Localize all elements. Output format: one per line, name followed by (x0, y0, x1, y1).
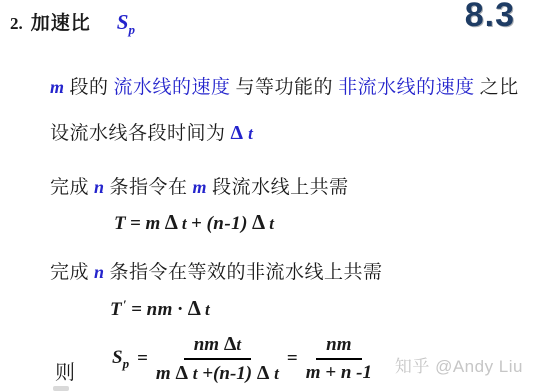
var-n: n (94, 262, 105, 282)
assumption-line: 设流水线各段时间为Δt (50, 118, 253, 145)
var-m: m (193, 177, 208, 197)
delta-symbol: Δ (257, 362, 270, 384)
delta-symbol: Δ (224, 333, 237, 355)
speedup-symbol: Sp (112, 347, 129, 372)
title-text: 加速比 (31, 8, 91, 35)
speedup-symbol: Sp (117, 10, 135, 38)
text-segment: 设流水线各段时间为 (50, 123, 226, 144)
equals-sign: = (287, 348, 298, 370)
delta-symbol: Δ (252, 210, 265, 234)
text-segment: 段流水线上共需 (212, 177, 349, 198)
definition-line: m段的流水线的速度与等功能的非流水线的速度之比 (50, 72, 519, 99)
var-t: t (205, 300, 210, 319)
formula-nonpipeline-time: T′=nm·Δt (110, 296, 214, 321)
var-t: t (236, 335, 241, 354)
text-segment: 完成 (50, 262, 89, 283)
text-segment: 与等功能的 (236, 77, 334, 98)
text-segment: 条指令在 (110, 177, 188, 198)
speedup-equation: Sp = nm Δt m Δ t +(n-1) Δ t = nm m + n -… (112, 331, 372, 387)
text-segment: 段的 (70, 77, 109, 98)
dot-operator: · (177, 299, 184, 320)
var-nm: nm (194, 334, 219, 355)
fraction-numerator: nm Δt (184, 333, 251, 360)
var-T: T (110, 299, 122, 320)
symbol-main: S (112, 347, 123, 368)
paren-group: (n-1) (213, 363, 252, 384)
fraction-delta-form: nm Δt m Δ t +(n-1) Δ t (156, 333, 279, 385)
var-m: m (50, 77, 65, 97)
delta-symbol: Δ (175, 362, 188, 384)
symbol-main: S (117, 10, 129, 34)
equals-sign: = (130, 213, 141, 234)
highlight-nonpipeline-speed: 非流水线的速度 (338, 77, 475, 98)
var-t: t (182, 214, 187, 233)
formula-lhs: T (114, 213, 126, 234)
var-t: t (248, 124, 253, 143)
var-nm: nm (147, 299, 173, 320)
var-m: m (145, 213, 160, 234)
prime-mark: ′ (123, 297, 127, 312)
paren-group: (n-1) (206, 213, 248, 234)
formula-lhs: T′ (110, 299, 127, 320)
fraction-denominator: m + n -1 (306, 360, 372, 384)
clipped-next-line-fragment (53, 386, 69, 391)
text-segment: 之比 (480, 77, 519, 98)
var-n: n (94, 177, 105, 197)
var-t: t (193, 364, 198, 383)
zhihu-watermark: 知乎 @Andy Liu (395, 352, 523, 377)
highlight-pipeline-speed: 流水线的速度 (114, 77, 231, 98)
fraction-numerator: nm (316, 334, 361, 360)
equals-sign: = (131, 299, 142, 320)
plus-sign: + (202, 363, 213, 384)
delta-symbol: Δ (231, 122, 244, 144)
lecture-slide: 2. 加速比 Sp 8.3 m段的流水线的速度与等功能的非流水线的速度之比 设流… (0, 0, 533, 392)
symbol-subscript: p (128, 22, 135, 37)
plus-sign: + (191, 213, 202, 234)
equals-sign: = (137, 348, 148, 370)
fraction-denominator: m Δ t +(n-1) Δ t (156, 360, 279, 385)
delta-symbol: Δ (188, 296, 201, 320)
delta-symbol: Δ (165, 210, 178, 234)
nonpipeline-case-line: 完成n条指令在等效的非流水线上共需 (50, 257, 383, 284)
slide-title: 2. 加速比 Sp (10, 8, 135, 38)
pipeline-case-line: 完成n条指令在m段流水线上共需 (50, 172, 349, 199)
formula-pipeline-time: T=mΔt+(n-1)Δt (114, 210, 278, 235)
text-segment: 完成 (50, 177, 89, 198)
var-t: t (274, 364, 279, 383)
then-label: 则 (55, 356, 75, 385)
var-t: t (269, 214, 274, 233)
section-number: 8.3 (465, 0, 515, 35)
fraction-simplified-form: nm m + n -1 (306, 334, 372, 384)
symbol-subscript: p (123, 355, 130, 370)
title-number: 2. (10, 14, 23, 34)
var-m: m (156, 363, 171, 384)
text-segment: 条指令在等效的非流水线上共需 (110, 262, 383, 283)
